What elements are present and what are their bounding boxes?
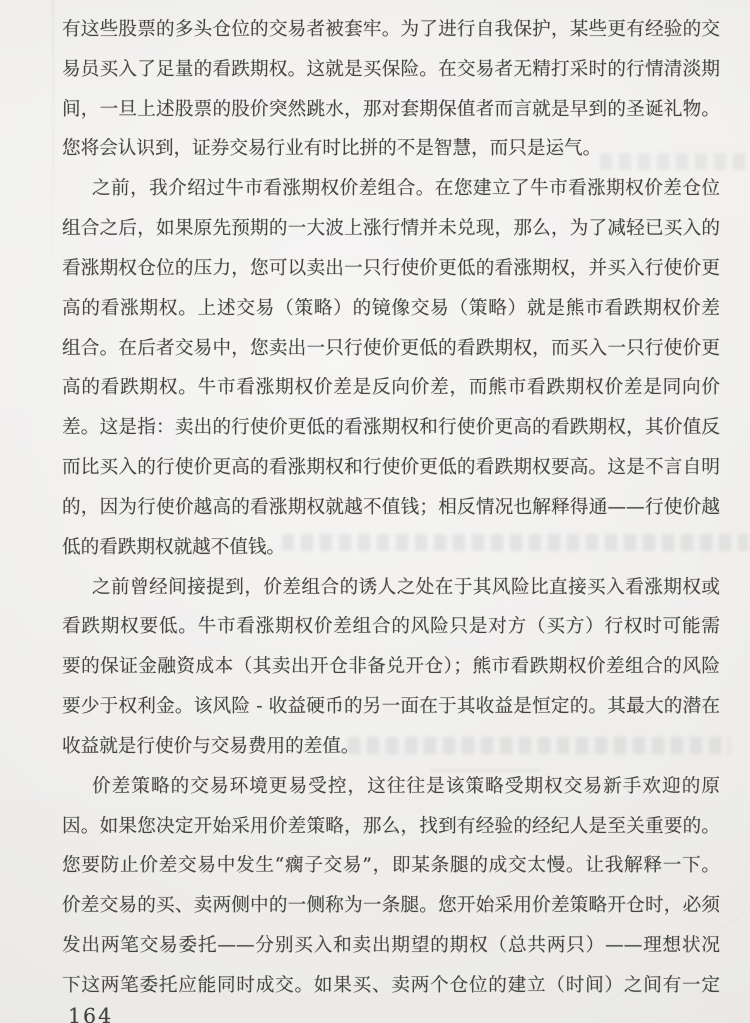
text-line: 要少于权利金。该风险 - 收益硬币的另一面在于其收益是恒定的。其最大的潜在 [62, 687, 720, 727]
text-line: 您要防止价差交易中发生“瘸子交易”，即某条腿的成交太慢。让我解释一下。 [62, 846, 720, 886]
text-line: 之前，我介绍过牛市看涨期权价差组合。在您建立了牛市看涨期权价差仓位 [62, 169, 720, 209]
scan-crease-vertical [52, 0, 54, 330]
text-block: 有这些股票的多头仓位的交易者被套牢。为了进行自我保护，某些更有经验的交易员买入了… [62, 10, 720, 1006]
text-line: 价差交易的买、卖两侧中的一侧称为一条腿。您开始采用价差策略开仓时，必须 [62, 886, 720, 926]
paragraph: 有这些股票的多头仓位的交易者被套牢。为了进行自我保护，某些更有经验的交易员买入了… [62, 10, 720, 169]
text-line: 您将会认识到，证券交易行业有时比拼的不是智慧，而只是运气。 [62, 129, 720, 169]
text-line: 发出两笔交易委托——分别买入和卖出期望的期权（总共两只）——理想状况 [62, 926, 720, 966]
book-page: { "colors": { "paper": "#f0efed", "ink":… [0, 0, 750, 1023]
text-line: 差。这是指：卖出的行使价更低的看涨期权和行使价更高的看跌期权，其价值反 [62, 408, 720, 448]
text-line: 之前曾经间接提到，价差组合的诱人之处在于其风险比直接买入看涨期权或 [62, 568, 720, 608]
text-line: 高的看跌期权。牛市看涨期权价差是反向价差，而熊市看跌期权价差是同向价 [62, 368, 720, 408]
text-line: 组合之后，如果原先预期的一大波上涨行情并未兑现，那么，为了减轻已买入的 [62, 209, 720, 249]
paragraph: 价差策略的交易环境更易受控，这往往是该策略受期权交易新手欢迎的原因。如果您决定开… [62, 767, 720, 1006]
text-line: 收益就是行使价与交易费用的差值。 [62, 727, 720, 767]
text-line: 高的看涨期权。上述交易（策略）的镜像交易（策略）就是熊市看跌期权价差 [62, 289, 720, 329]
text-line: 看跌期权要低。牛市看涨期权价差组合的风险只是对方（买方）行权时可能需 [62, 607, 720, 647]
paragraph: 之前曾经间接提到，价差组合的诱人之处在于其风险比直接买入看涨期权或看跌期权要低。… [62, 568, 720, 767]
text-line: 易员买入了足量的看跌期权。这就是买保险。在交易者无精打采时的行情清淡期 [62, 50, 720, 90]
text-line: 有这些股票的多头仓位的交易者被套牢。为了进行自我保护，某些更有经验的交 [62, 10, 720, 50]
text-line: 的，因为行使价越高的看涨期权就越不值钱；相反情况也解释得通——行使价越 [62, 488, 720, 528]
paragraph: 之前，我介绍过牛市看涨期权价差组合。在您建立了牛市看涨期权价差仓位组合之后，如果… [62, 169, 720, 567]
page-number: 164 [68, 1004, 113, 1023]
text-line: 因。如果您决定开始采用价差策略，那么，找到有经验的经纪人是至关重要的。 [62, 807, 720, 847]
text-line: 组合。在后者交易中，您卖出一只行使价更低的看跌期权，而买入一只行使价更 [62, 329, 720, 369]
text-line: 看涨期权仓位的压力，您可以卖出一只行使价更低的看涨期权，并买入行使价更 [62, 249, 720, 289]
text-line: 价差策略的交易环境更易受控，这往往是该策略受期权交易新手欢迎的原 [62, 767, 720, 807]
text-line: 下这两笔委托应能同时成交。如果买、卖两个仓位的建立（时间）之间有一定 [62, 966, 720, 1006]
text-line: 而比买入的行使价更高的看涨期权和行使价更低的看跌期权要高。这是不言自明 [62, 448, 720, 488]
text-line: 低的看跌期权就越不值钱。 [62, 528, 720, 568]
text-line: 间，一旦上述股票的股价突然跳水，那对套期保值者而言就是早到的圣诞礼物。 [62, 90, 720, 130]
text-line: 要的保证金融资成本（其卖出开仓非备兑开仓）；熊市看跌期权价差组合的风险 [62, 647, 720, 687]
